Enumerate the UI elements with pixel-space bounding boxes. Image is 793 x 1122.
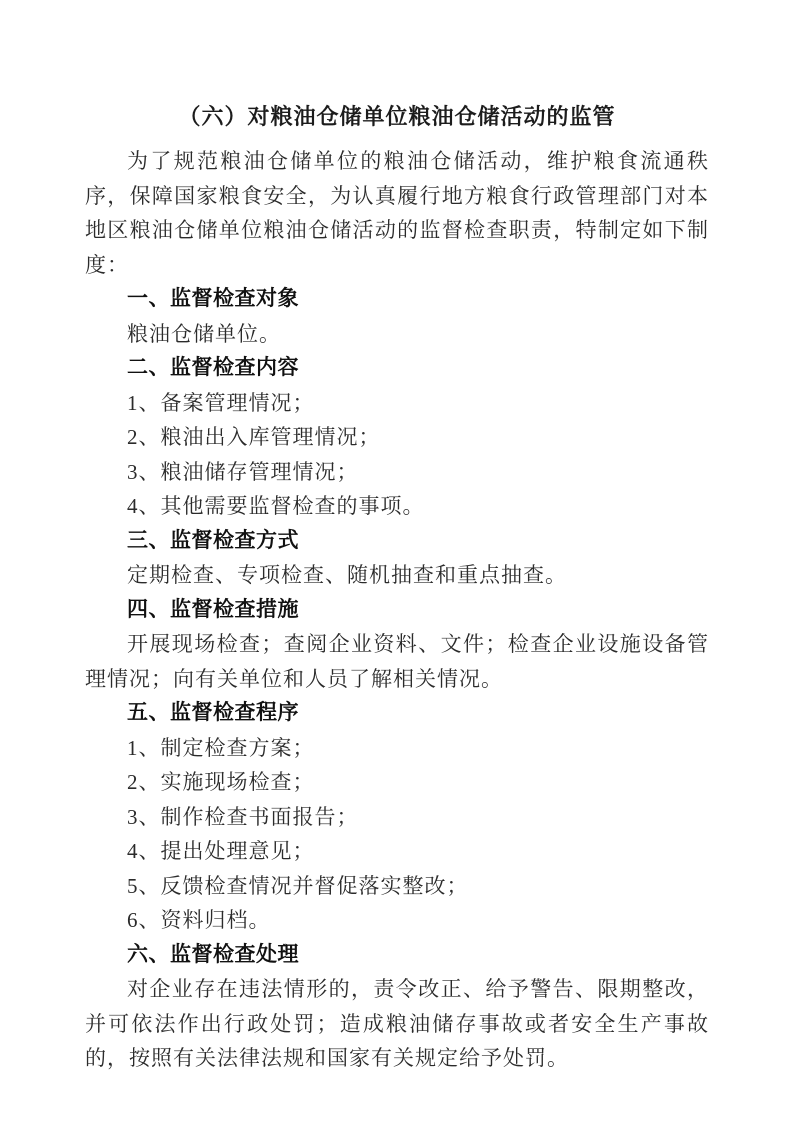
section-2-item-4: 4、其他需要监督检查的事项。	[85, 489, 709, 524]
heading-section-5: 五、监督检查程序	[85, 696, 709, 731]
section-1-paragraph: 粮油仓储单位。	[85, 317, 709, 352]
section-5-item-5: 5、反馈检查情况并督促落实整改；	[85, 869, 709, 904]
heading-section-2: 二、监督检查内容	[85, 351, 709, 386]
section-5-item-3: 3、制作检查书面报告；	[85, 800, 709, 835]
heading-section-4: 四、监督检查措施	[85, 593, 709, 628]
section-3-paragraph: 定期检查、专项检查、随机抽查和重点抽查。	[85, 558, 709, 593]
document-title: （六）对粮油仓储单位粮油仓储活动的监管	[85, 100, 709, 134]
section-6-paragraph: 对企业存在违法情形的，责令改正、给予警告、限期整改，并可依法作出行政处罚；造成粮…	[85, 972, 709, 1076]
section-2-item-1: 1、备案管理情况；	[85, 386, 709, 421]
intro-paragraph: 为了规范粮油仓储单位的粮油仓储活动，维护粮食流通秩序，保障国家粮食安全，为认真履…	[85, 144, 709, 282]
section-5-item-1: 1、制定检查方案；	[85, 731, 709, 766]
document-page: （六）对粮油仓储单位粮油仓储活动的监管 为了规范粮油仓储单位的粮油仓储活动，维护…	[0, 0, 793, 1122]
section-2-item-3: 3、粮油储存管理情况；	[85, 455, 709, 490]
section-2-item-2: 2、粮油出入库管理情况；	[85, 420, 709, 455]
section-4-paragraph: 开展现场检查；查阅企业资料、文件；检查企业设施设备管理情况；向有关单位和人员了解…	[85, 627, 709, 696]
heading-section-3: 三、监督检查方式	[85, 524, 709, 559]
heading-section-1: 一、监督检查对象	[85, 282, 709, 317]
section-5-item-2: 2、实施现场检查；	[85, 765, 709, 800]
section-5-item-4: 4、提出处理意见；	[85, 834, 709, 869]
heading-section-6: 六、监督检查处理	[85, 938, 709, 973]
section-5-item-6: 6、资料归档。	[85, 903, 709, 938]
